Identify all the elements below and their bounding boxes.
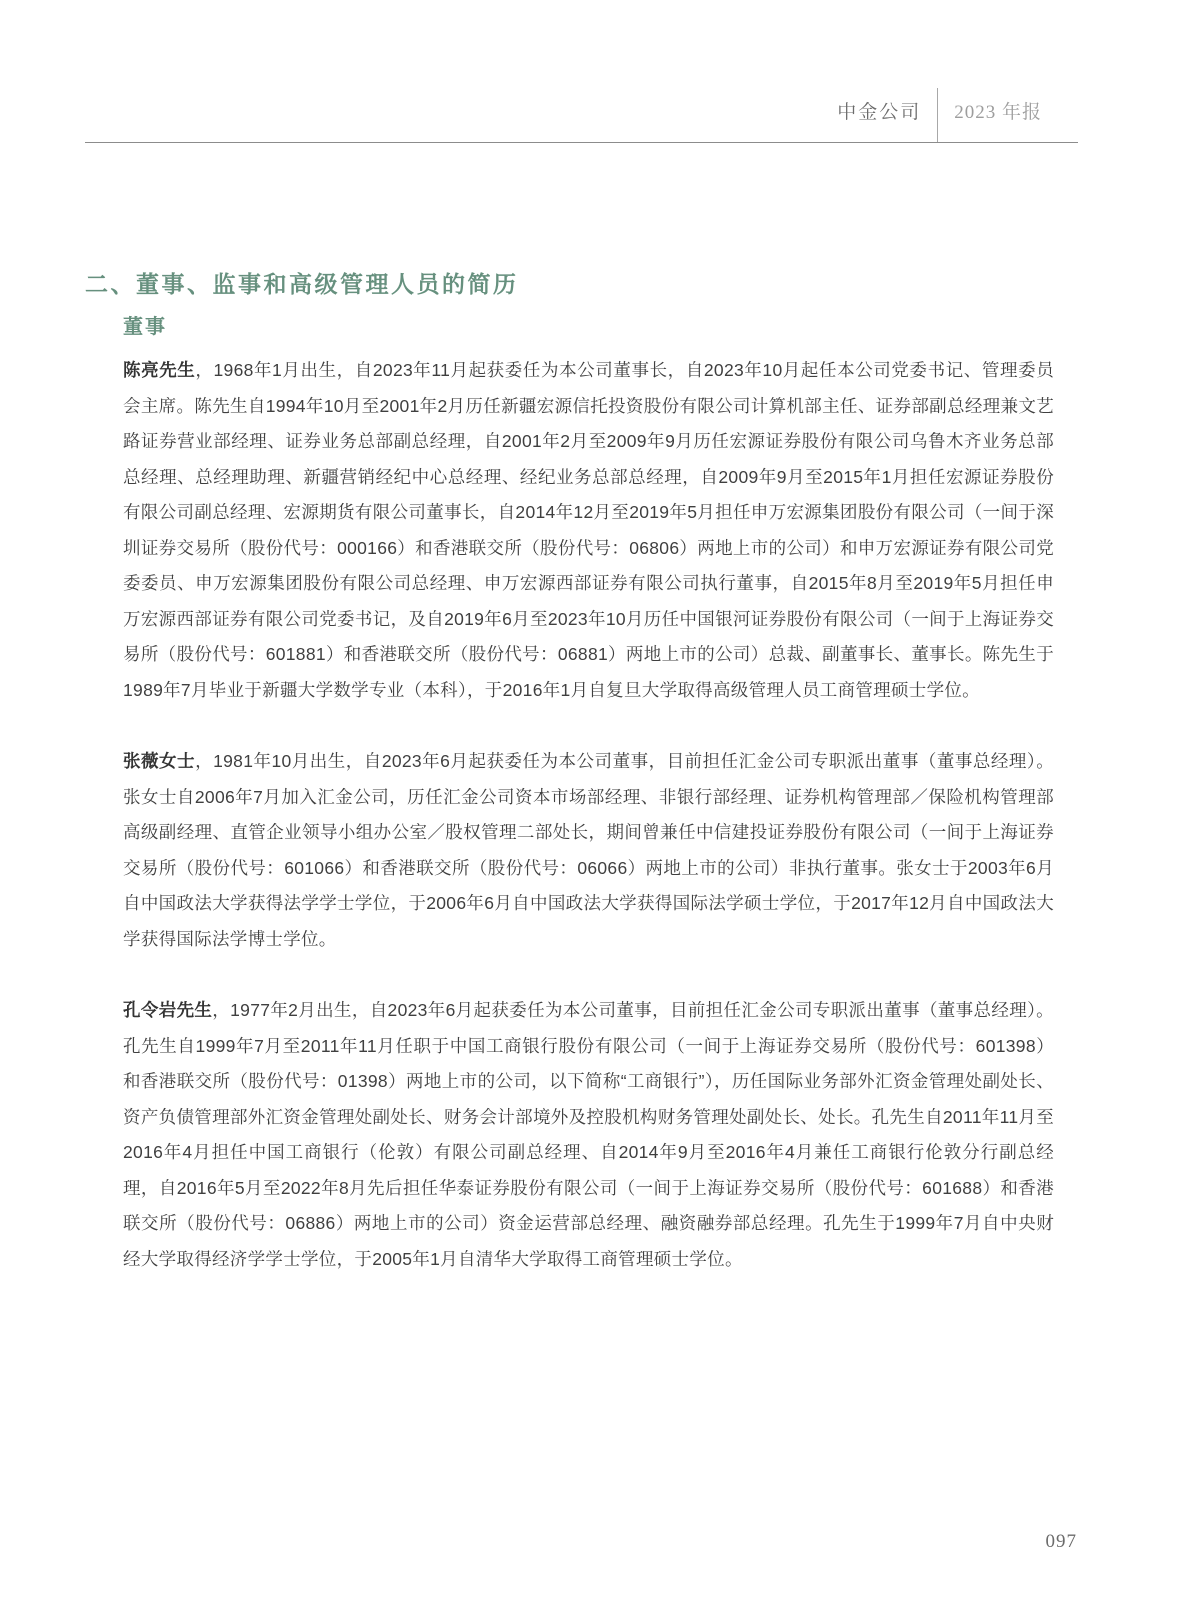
director-bio: ，1977年2月出生，自2023年6月起获委任为本公司董事，目前担任汇金公司专职… [123,1000,1054,1269]
director-bio: ，1981年10月出生，自2023年6月起获委任为本公司董事，目前担任汇金公司专… [123,751,1054,949]
brand-text: 中金公司 [837,98,937,128]
subsection-title: 董事 [123,310,167,339]
section-title: 二、董事、监事和高级管理人员的简历 [85,266,519,299]
director-bio: ，1968年1月出生，自2023年11月起获委任为本公司董事长，自2023年10… [123,360,1054,700]
page-header: 中金公司 2023 年报 [85,98,1078,143]
director-paragraph: 陈亮先生，1968年1月出生，自2023年11月起获委任为本公司董事长，自202… [123,353,1054,708]
edition-text: 2023 年报 [938,98,1042,128]
director-paragraph: 孔令岩先生，1977年2月出生，自2023年6月起获委任为本公司董事，目前担任汇… [123,993,1054,1277]
director-name: 张薇女士 [123,751,195,771]
director-paragraph: 张薇女士，1981年10月出生，自2023年6月起获委任为本公司董事，目前担任汇… [123,744,1054,957]
director-name: 孔令岩先生 [123,1000,212,1020]
director-name: 陈亮先生 [123,360,195,380]
page-number: 097 [1046,1531,1078,1553]
directors-biographies: 陈亮先生，1968年1月出生，自2023年11月起获委任为本公司董事长，自202… [123,353,1054,1313]
